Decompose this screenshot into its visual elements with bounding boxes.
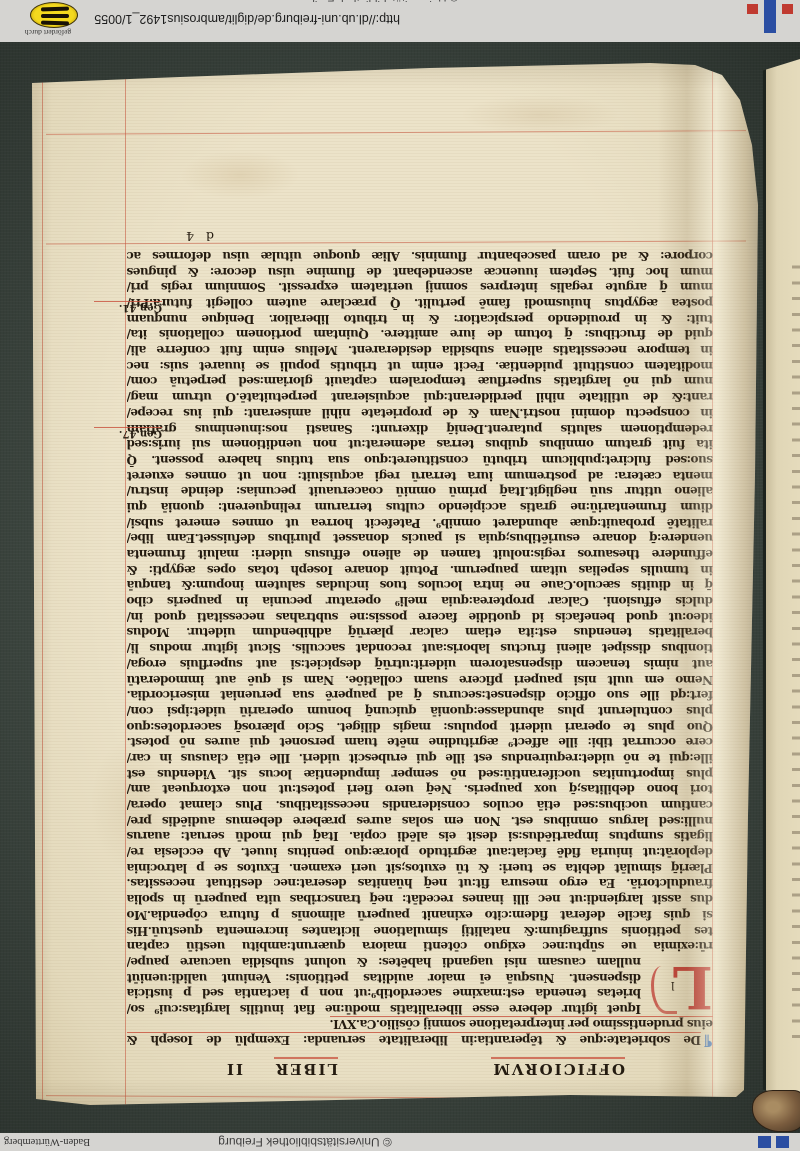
- text-line: moditatem constituit puidentiæ. Fecit en…: [127, 357, 713, 373]
- copyright-text: © Universitätsbibliothek Freiburg: [190, 1135, 420, 1149]
- text-line: in conspectu domini nostri.Nam & de prop…: [127, 404, 713, 420]
- facing-page-edge: [763, 58, 800, 1100]
- text-line: q̄ in diuitis sæculo.Caue ne intra locul…: [127, 577, 713, 593]
- text-line: aut nimis tenacem dispensatorem uiderit:…: [127, 655, 713, 671]
- text-line: suo:sed fulciret:publicum tributū consti…: [127, 451, 713, 467]
- text-line: fert:qd ille suo officio dispenset:secur…: [127, 687, 713, 703]
- text-line: beralitatis tenendus est:ita etiam calca…: [127, 624, 713, 640]
- running-header-title: OFFICIORVM: [491, 1057, 625, 1078]
- dfg-logo-fragment: [776, 1136, 789, 1148]
- running-header-book: LIBER: [274, 1057, 338, 1078]
- text-line: postea ægyptus huiusmodi famē pertulit. …: [127, 294, 713, 310]
- text-line: Iquet igitur debere esse liberalitatis m…: [127, 1000, 641, 1016]
- text-line: nulli:sed largus omnibus est. Non em sol…: [127, 812, 713, 828]
- text-line: ille:qui te nō uidet:requirendus est ill…: [127, 749, 713, 765]
- pilcrow-icon: ¶: [701, 1033, 713, 1050]
- ruling-line-right: [125, 55, 126, 1105]
- text-line: plus contulerunt plus abundasse:quoniā q…: [127, 702, 713, 718]
- text-line: dium frumentariū:ne gratis accipiendo cu…: [127, 498, 713, 514]
- text-line: ligatis sumptus impartiēdus:si desit eis…: [127, 828, 713, 844]
- text-line: uendere:q̄ donare esuriētibus;quia si pa…: [127, 530, 713, 546]
- text-line: si quis facile deferat fidem:cito exinan…: [127, 906, 713, 922]
- ruling-line-outer: [42, 55, 43, 1105]
- quire-signature-mark: d 4: [184, 229, 214, 244]
- ruling-line-bottom-margin: [46, 130, 746, 135]
- text-line: quid de fructibus: q̄ totum de iure amit…: [127, 326, 713, 342]
- text-line: ideo:ut quod benefacis id quotidie facer…: [127, 608, 713, 624]
- margin-note: Gen.47.: [94, 427, 162, 439]
- initial-paragraph-lines: Iquet igitur debere esse liberalitatis m…: [127, 953, 713, 1016]
- text-line: corpore: & ad oram pascebantur fluminis.…: [127, 247, 713, 263]
- body-text-block: rū:eximia ue sūptu:nec exiguo cōtenti ma…: [127, 247, 713, 953]
- text-line: in tumulis sepelias uitam pauperum. Potu…: [127, 561, 713, 577]
- funding-region-label: Baden-Württemberg: [4, 1136, 90, 1147]
- text-line: in tempore necessitatis aliena subsidia …: [127, 341, 713, 357]
- text-line: redemptionem salutis putarent.Deniq̄ dix…: [127, 420, 713, 436]
- text-line: ralitatē probauit:quæ abundaret omnib⁹. …: [127, 514, 713, 530]
- text-line: tionibus dissipet alieni fructus laboris…: [127, 640, 713, 656]
- text-line: tori bono debilitas;q̄ uox pauperis. Neq…: [127, 781, 713, 797]
- text-line: brietas tenenda est:maxime sacerdotib⁹:u…: [127, 985, 641, 1001]
- text-line: cere occurrat tibi: ille affect⁹ ægritud…: [127, 734, 713, 750]
- text-line: cantium uocibus:sed etiā oculos consider…: [127, 796, 713, 812]
- text-line: dulcis effusioni. Calcar propterea:quia …: [127, 592, 713, 608]
- ruling-line-below-text: [46, 240, 746, 244]
- chapter-heading-text: De sobrietate:que & tēperantia:in libera…: [127, 1033, 701, 1048]
- text-column: OFFICIORVM LIBER II ¶De sobrietate:que &…: [127, 247, 713, 1078]
- text-line: dispensent. Nusquā eī maior auiditas pet…: [127, 969, 641, 985]
- lion-glyph: [41, 21, 69, 26]
- text-line: alieno utitur suū negligit.Itaq̄ primū o…: [127, 483, 713, 499]
- lion-glyph: [41, 7, 69, 12]
- page-content-rotated: OFFICIORVM LIBER II ¶De sobrietate:que &…: [30, 55, 760, 1105]
- copyright-text-partial: © Universitätsbibliothek Freiburg: [290, 0, 460, 2]
- text-line: deplorāt:ut iniuria fidē faciat:aut ægri…: [127, 843, 713, 859]
- funding-label: gefördert durch: [16, 28, 80, 37]
- baden-wuerttemberg-coat-of-arms-icon: [30, 2, 78, 28]
- text-line: nullam causam nisi uagandi habētes: & uo…: [127, 953, 641, 969]
- text-line: rant:& de utilitate nihil perdiderant:qu…: [127, 389, 713, 405]
- top-frame-bar: © Universitätsbibliothek Freiburg http:/…: [0, 0, 800, 42]
- text-line: Nemo em uult nisi pauperi pficere suam c…: [127, 671, 713, 687]
- dfg-logo-fragment: [758, 1136, 771, 1148]
- scan-viewer-frame: { "frame": { "top_url": "http://dl.ub.un…: [0, 0, 800, 1151]
- text-line: Quo plus te operari uiderit populus: mag…: [127, 718, 713, 734]
- text-line: rū:eximia ue sūptu:nec exiguo cōtenti ma…: [127, 938, 713, 954]
- document-url-text: http://dl.ub.uni-freiburg.de/diglit/ambr…: [150, 12, 400, 26]
- dfg-logo-square: [747, 4, 758, 14]
- dfg-logo-square: [782, 4, 793, 14]
- text-line: dus assit largiendi:ut nec illi inanes r…: [127, 891, 713, 907]
- text-line: menta cætera: ad postremum iura terrarū …: [127, 467, 713, 483]
- dfg-logo-bar: [764, 0, 776, 33]
- margin-note: Gen.41.: [94, 301, 162, 313]
- initial-guide-letter: l: [671, 979, 675, 992]
- ruling-line-top: [46, 1095, 746, 1100]
- facing-page-text-specks: [792, 258, 800, 1038]
- text-line: fraudulctoriā. Ea ergo mesura fit:ut neq…: [127, 875, 713, 891]
- opening-paragraph: L l Iquet igitur debere esse liberalitat…: [127, 953, 713, 1016]
- lion-glyph: [41, 14, 69, 18]
- chapter-heading-line: ¶De sobrietate:que & tēperantia:in liber…: [127, 1033, 713, 1050]
- bottom-frame-bar: © Universitätsbibliothek Freiburg Baden-…: [0, 1133, 800, 1151]
- text-line: tuit: & in prouidendo perspicatior: & in…: [127, 310, 713, 326]
- text-line: mum hoc fuit. Septem iuuencæ ascendebant…: [127, 263, 713, 279]
- running-header: OFFICIORVM LIBER II: [127, 1056, 713, 1078]
- text-line: num qui nō largitatis superfluæ temporal…: [127, 373, 713, 389]
- scan-photo-area: OFFICIORVM LIBER II ¶De sobrietate:que &…: [0, 42, 800, 1133]
- dfg-logo-icon: [735, 0, 800, 40]
- lombard-initial: L: [672, 953, 713, 1021]
- running-header-number: II: [225, 1060, 243, 1078]
- text-line: effundere thesauros regis:noluit tamen d…: [127, 545, 713, 561]
- drop-initial-letter: L l: [649, 955, 713, 1016]
- chapter-heading-line: eius prudentissimo per interpretatione s…: [127, 1016, 713, 1033]
- text-line: mum q̄ argute regalis interpres somnij u…: [127, 279, 713, 295]
- book-page: OFFICIORVM LIBER II ¶De sobrietate:que &…: [30, 55, 760, 1105]
- book-clasp: [752, 1090, 800, 1132]
- text-line: Plæriq̄ simulāt debita se tueri: & tū ex…: [127, 859, 713, 875]
- chapter-heading-text: eius prudentissimo per interpretatione s…: [330, 1017, 713, 1032]
- text-line: tes petitionis suffragium:& natalitij si…: [127, 922, 713, 938]
- text-line: plus importunitas uociferantiū:sed nō se…: [127, 765, 713, 781]
- text-line: ita fuit gratum omnibus quibus terras ad…: [127, 436, 713, 452]
